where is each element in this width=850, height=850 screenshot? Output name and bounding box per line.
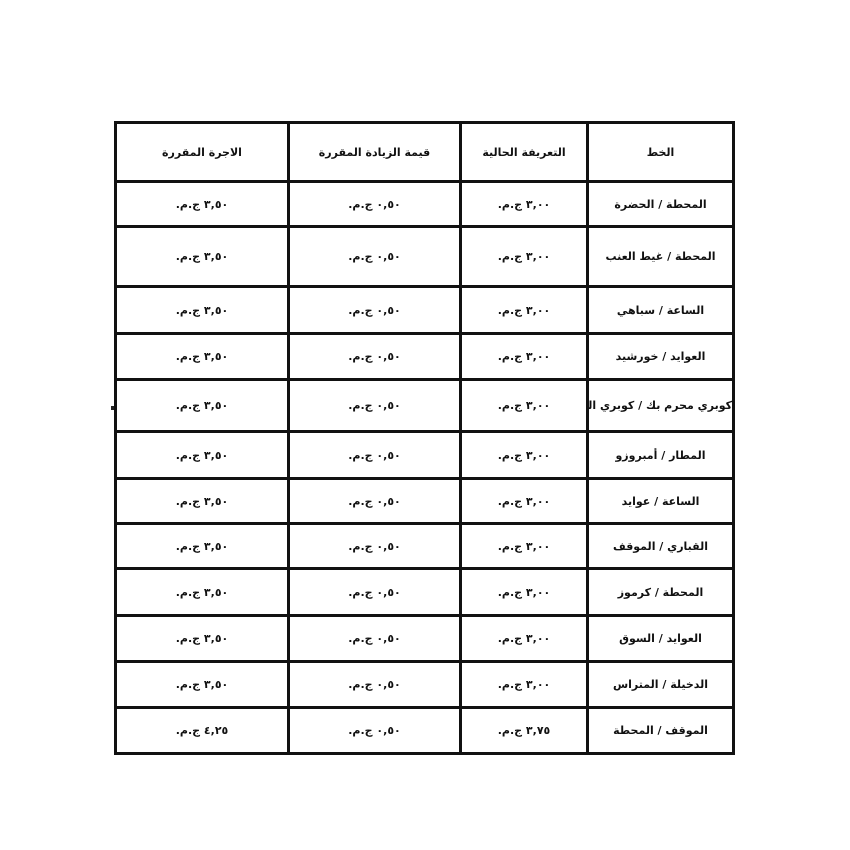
cell-current-fare: ٣,٠٠ ج.م. xyxy=(461,227,588,287)
header-increase: قيمة الزيادة المقررة xyxy=(289,123,461,182)
cell-new-fare: ٣,٥٠ ج.م. xyxy=(116,616,289,662)
header-line: الخط xyxy=(588,123,734,182)
cell-current-fare: ٣,٠٠ ج.م. xyxy=(461,616,588,662)
table-row: الساعة / سباهي ٣,٠٠ ج.م. ٠,٥٠ ج.م. ٣,٥٠ … xyxy=(116,287,734,334)
cell-new-fare: ٣,٥٠ ج.م. xyxy=(116,662,289,708)
cell-line: الموقف / المحطة xyxy=(588,708,734,754)
table-row: الساعة / عوايد ٣,٠٠ ج.م. ٠,٥٠ ج.م. ٣,٥٠ … xyxy=(116,479,734,524)
cell-new-fare: ٤,٢٥ ج.م. xyxy=(116,708,289,754)
cell-current-fare: ٣,٠٠ ج.م. xyxy=(461,334,588,380)
cell-new-fare: ٣,٥٠ ج.م. xyxy=(116,182,289,227)
header-current-fare: التعريفة الحالية xyxy=(461,123,588,182)
cell-line: المحطة / غيط العنب xyxy=(588,227,734,287)
header-row: الخط التعريفة الحالية قيمة الزيادة المقر… xyxy=(116,123,734,182)
cell-increase: ٠,٥٠ ج.م. xyxy=(289,479,461,524)
cell-increase: ٠,٥٠ ج.م. xyxy=(289,287,461,334)
cell-increase: ٠,٥٠ ج.م. xyxy=(289,227,461,287)
cell-new-fare: ٣,٥٠ ج.م. xyxy=(116,380,289,432)
cell-current-fare: ٣,٠٠ ج.م. xyxy=(461,524,588,569)
cell-new-fare: ٣,٥٠ ج.م. xyxy=(116,479,289,524)
cell-line: القباري / الموقف xyxy=(588,524,734,569)
cell-line: الساعة / عوايد xyxy=(588,479,734,524)
cell-increase: ٠,٥٠ ج.م. xyxy=(289,524,461,569)
table-row: المحطة / غيط العنب ٣,٠٠ ج.م. ٠,٥٠ ج.م. ٣… xyxy=(116,227,734,287)
table-row: العوايد / خورشيد ٣,٠٠ ج.م. ٠,٥٠ ج.م. ٣,٥… xyxy=(116,334,734,380)
header-new-fare: الاجرة المقررة xyxy=(116,123,289,182)
cell-line: المحطة / الحضرة xyxy=(588,182,734,227)
table-row: العوايد / السوق ٣,٠٠ ج.م. ٠,٥٠ ج.م. ٣,٥٠… xyxy=(116,616,734,662)
cell-increase: ٠,٥٠ ج.م. xyxy=(289,708,461,754)
cell-increase: ٠,٥٠ ج.م. xyxy=(289,616,461,662)
cell-new-fare: ٣,٥٠ ج.م. xyxy=(116,569,289,616)
cell-current-fare: ٣,٠٠ ج.م. xyxy=(461,182,588,227)
cell-increase: ٠,٥٠ ج.م. xyxy=(289,569,461,616)
cell-increase: ٠,٥٠ ج.م. xyxy=(289,432,461,479)
cell-increase: ٠,٥٠ ج.م. xyxy=(289,662,461,708)
cell-increase: ٠,٥٠ ج.م. xyxy=(289,334,461,380)
cell-current-fare: ٣,٠٠ ج.م. xyxy=(461,479,588,524)
fare-table: الخط التعريفة الحالية قيمة الزيادة المقر… xyxy=(114,121,735,755)
table-row: كوبري محرم بك / كوبري الزهور ٣,٠٠ ج.م. ٠… xyxy=(116,380,734,432)
cell-current-fare: ٣,٠٠ ج.م. xyxy=(461,662,588,708)
cell-line: الدخيلة / المتراس xyxy=(588,662,734,708)
table-row: المحطة / الحضرة ٣,٠٠ ج.م. ٠,٥٠ ج.م. ٣,٥٠… xyxy=(116,182,734,227)
table-row: الموقف / المحطة ٣,٧٥ ج.م. ٠,٥٠ ج.م. ٤,٢٥… xyxy=(116,708,734,754)
cell-new-fare: ٣,٥٠ ج.م. xyxy=(116,334,289,380)
scanned-page: الخط التعريفة الحالية قيمة الزيادة المقر… xyxy=(0,0,850,850)
cell-line: العوايد / السوق xyxy=(588,616,734,662)
cell-current-fare: ٣,٠٠ ج.م. xyxy=(461,287,588,334)
table-row: المحطة / كرموز ٣,٠٠ ج.م. ٠,٥٠ ج.م. ٣,٥٠ … xyxy=(116,569,734,616)
cell-line: العوايد / خورشيد xyxy=(588,334,734,380)
table-row: القباري / الموقف ٣,٠٠ ج.م. ٠,٥٠ ج.م. ٣,٥… xyxy=(116,524,734,569)
cell-increase: ٠,٥٠ ج.م. xyxy=(289,380,461,432)
cell-line: المطار / أمبروزو xyxy=(588,432,734,479)
cell-current-fare: ٣,٠٠ ج.م. xyxy=(461,380,588,432)
cell-new-fare: ٣,٥٠ ج.م. xyxy=(116,227,289,287)
cell-current-fare: ٣,٠٠ ج.م. xyxy=(461,432,588,479)
cell-new-fare: ٣,٥٠ ج.م. xyxy=(116,524,289,569)
cell-current-fare: ٣,٧٥ ج.م. xyxy=(461,708,588,754)
cell-line: الساعة / سباهي xyxy=(588,287,734,334)
cell-increase: ٠,٥٠ ج.م. xyxy=(289,182,461,227)
cell-line: المحطة / كرموز xyxy=(588,569,734,616)
cell-new-fare: ٣,٥٠ ج.م. xyxy=(116,432,289,479)
cell-line: كوبري محرم بك / كوبري الزهور xyxy=(588,380,734,432)
table-row: المطار / أمبروزو ٣,٠٠ ج.م. ٠,٥٠ ج.م. ٣,٥… xyxy=(116,432,734,479)
table-row: الدخيلة / المتراس ٣,٠٠ ج.م. ٠,٥٠ ج.م. ٣,… xyxy=(116,662,734,708)
cell-current-fare: ٣,٠٠ ج.م. xyxy=(461,569,588,616)
cell-new-fare: ٣,٥٠ ج.م. xyxy=(116,287,289,334)
